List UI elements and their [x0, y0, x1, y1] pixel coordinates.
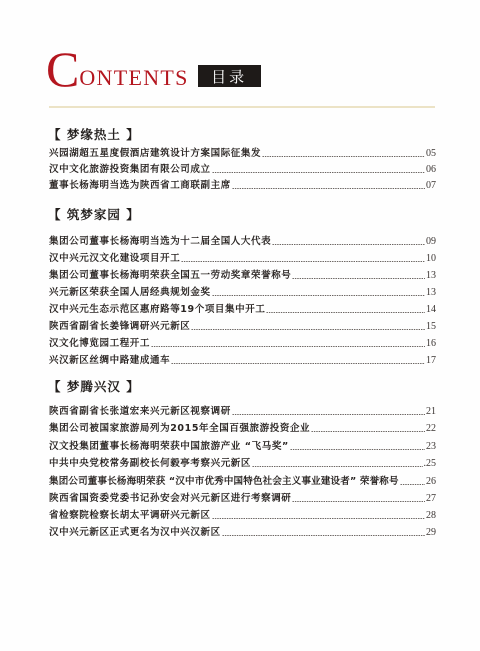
- entry-page: 09: [426, 236, 436, 248]
- entry-title: 中共中央党校常务副校长何毅亭考察兴元新区: [49, 458, 251, 470]
- entry-title: 集团公司董事长杨海明荣获全国五一劳动奖章荣誉称号: [49, 270, 291, 282]
- entry-page: 27: [426, 493, 436, 505]
- toc-entry[interactable]: 省检察院检察长胡太平调研兴元新区28: [49, 508, 436, 522]
- entry-page: 13: [426, 287, 436, 299]
- entry-page: 22: [426, 423, 436, 435]
- entry-title: 汉中文化旅游投资集团有限公司成立: [49, 164, 211, 176]
- section-heading-1: 【 梦缘热土 】: [48, 125, 140, 143]
- entry-title: 兴元新区荣获全国人居经典规划金奖: [49, 287, 211, 299]
- entry-title: 汉文投集团董事长杨海明荣获中国旅游产业 “飞马奖”: [49, 441, 289, 453]
- leader-dots: [292, 501, 425, 502]
- entry-page: 13: [426, 270, 436, 282]
- leader-dots: [266, 312, 425, 313]
- toc-entry[interactable]: 汉文化博览园工程开工16: [49, 336, 436, 350]
- leader-dots: [400, 484, 425, 485]
- leader-dots: [212, 518, 425, 519]
- leader-dots: [290, 449, 425, 450]
- leader-dots: [212, 295, 425, 296]
- leader-dots: [232, 188, 425, 189]
- leader-dots: [151, 346, 425, 347]
- entry-page: 21: [426, 406, 436, 418]
- toc-entry[interactable]: 董事长杨海明当选为陕西省工商联副主席07: [49, 178, 436, 192]
- entry-title: 汉中兴元新区正式更名为汉中兴汉新区: [49, 527, 221, 539]
- entry-title: 陕西省副省长姜锋调研兴元新区: [49, 321, 190, 333]
- toc-entry[interactable]: 陕西省国资委党委书记孙安会对兴元新区进行考察调研27: [49, 491, 436, 505]
- toc-entry[interactable]: 汉中兴元新区正式更名为汉中兴汉新区29: [49, 525, 436, 539]
- entry-title: 董事长杨海明当选为陕西省工商联副主席: [49, 180, 231, 192]
- leader-dots: [252, 466, 422, 467]
- toc-entry[interactable]: 汉中兴元汉文化建设项目开工10: [49, 251, 436, 265]
- toc-entry[interactable]: 集团公司董事长杨海明荣获全国五一劳动奖章荣誉称号 13: [49, 268, 436, 282]
- leader-dots: [171, 363, 425, 364]
- toc-entry[interactable]: 汉中兴元生态示范区惠府路等19个项目集中开工14: [49, 302, 436, 316]
- toc-entry[interactable]: 兴元新区荣获全国人居经典规划金奖13: [49, 285, 436, 299]
- entry-title: 集团公司董事长杨海明荣获 “汉中市优秀中国特色社会主义事业建设者” 荣誉称号: [49, 476, 399, 488]
- entry-title: 省检察院检察长胡太平调研兴元新区: [49, 510, 211, 522]
- title-rest: ONTENTS: [79, 69, 188, 87]
- title-chinese-label: 目录: [198, 65, 261, 87]
- contents-title: C ONTENTS 目录: [46, 44, 261, 90]
- entry-page: 17: [426, 355, 436, 367]
- section-heading-3: 【 梦腾兴汉 】: [48, 377, 140, 395]
- entry-page: 16: [426, 338, 436, 350]
- entry-page: 26: [426, 476, 436, 488]
- entry-title: 汉中兴元汉文化建设项目开工: [49, 253, 180, 265]
- entry-page: 07: [426, 180, 436, 192]
- entry-title: 兴汉新区丝绸中路建成通车: [49, 355, 170, 367]
- leader-dots: [272, 244, 425, 245]
- leader-dots: [212, 172, 425, 173]
- toc-entry[interactable]: 汉文投集团董事长杨海明荣获中国旅游产业 “飞马奖”23: [49, 439, 436, 453]
- toc-entry[interactable]: 中共中央党校常务副校长何毅亭考察兴元新区 .25: [49, 456, 436, 470]
- toc-entry[interactable]: 兴园湖超五星度假酒店建筑设计方案国际征集发05: [49, 146, 436, 160]
- entry-title: 陕西省副省长张道宏来兴元新区视察调研: [49, 406, 231, 418]
- section-heading-2: 【 筑梦家园 】: [48, 205, 140, 223]
- leader-dots: [232, 414, 425, 415]
- entry-page: 23: [426, 441, 436, 453]
- entry-page: 10: [426, 253, 436, 265]
- toc-entry[interactable]: 集团公司董事长杨海明荣获 “汉中市优秀中国特色社会主义事业建设者” 荣誉称号26: [49, 474, 436, 488]
- toc-entry[interactable]: 汉中文化旅游投资集团有限公司成立06: [49, 162, 436, 176]
- title-divider: [49, 106, 435, 108]
- toc-entry[interactable]: 陕西省副省长姜锋调研兴元新区15: [49, 319, 436, 333]
- entry-title: 集团公司被国家旅游局列为2015年全国百强旅游投资企业: [49, 423, 310, 435]
- entry-page: 05: [426, 148, 436, 160]
- toc-entry[interactable]: 集团公司董事长杨海明当选为十二届全国人大代表09: [49, 234, 436, 248]
- entry-page: 15: [426, 321, 436, 333]
- toc-entry[interactable]: 集团公司被国家旅游局列为2015年全国百强旅游投资企业22: [49, 421, 436, 435]
- title-initial: C: [46, 48, 78, 90]
- entry-page: .25: [424, 458, 437, 470]
- leader-dots: [292, 278, 425, 279]
- leader-dots: [181, 261, 425, 262]
- leader-dots: [222, 535, 425, 536]
- entry-title: 汉中兴元生态示范区惠府路等19个项目集中开工: [49, 304, 265, 316]
- entry-title: 集团公司董事长杨海明当选为十二届全国人大代表: [49, 236, 271, 248]
- leader-dots: [191, 329, 425, 330]
- entry-page: 06: [426, 164, 436, 176]
- leader-dots: [262, 156, 425, 157]
- entry-page: 28: [426, 510, 436, 522]
- entry-page: 14: [426, 304, 436, 316]
- toc-entry[interactable]: 陕西省副省长张道宏来兴元新区视察调研21: [49, 404, 436, 418]
- entry-title: 兴园湖超五星度假酒店建筑设计方案国际征集发: [49, 148, 261, 160]
- entry-title: 汉文化博览园工程开工: [49, 338, 150, 350]
- entry-page: 29: [426, 527, 436, 539]
- leader-dots: [311, 431, 425, 432]
- entry-title: 陕西省国资委党委书记孙安会对兴元新区进行考察调研: [49, 493, 291, 505]
- toc-entry[interactable]: 兴汉新区丝绸中路建成通车17: [49, 353, 436, 367]
